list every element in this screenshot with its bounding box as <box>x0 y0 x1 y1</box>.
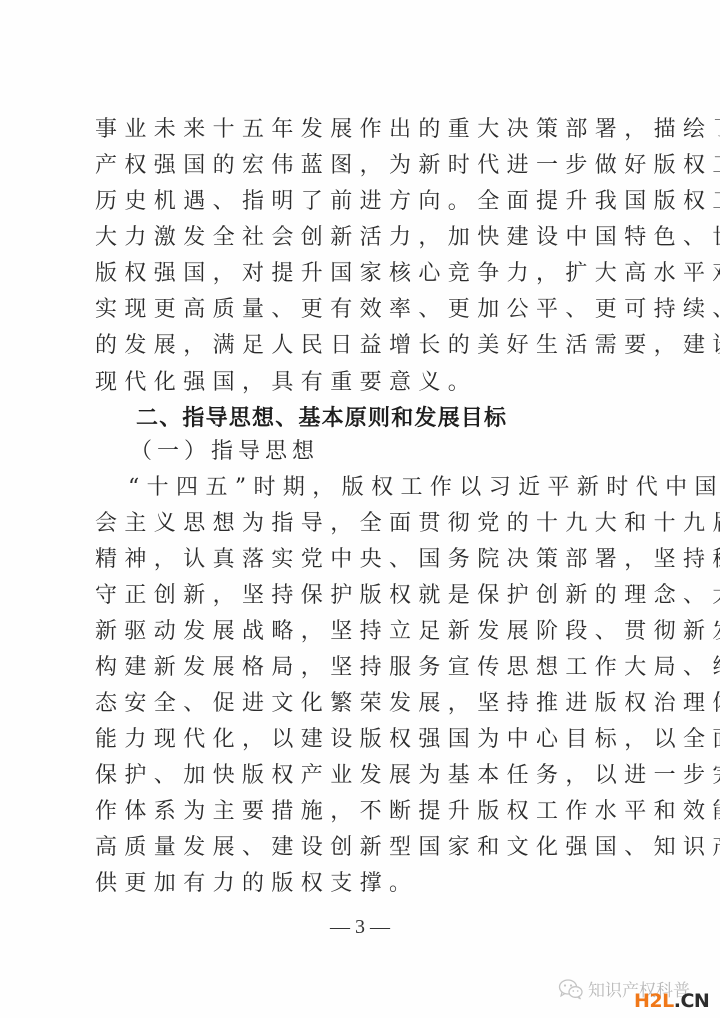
text-line: 版权强国，对提升国家核心竞争力，扩大高水平对外开放， <box>95 256 635 292</box>
text-line: 事业未来十五年发展作出的重大决策部署，描绘了建设知识 <box>95 112 635 148</box>
watermark: 知识产权科普 H2L.CN <box>556 972 720 1018</box>
section-heading: 二、指导思想、基本原则和发展目标 <box>136 401 507 437</box>
wechat-icon <box>558 978 584 1000</box>
subsection-heading: （一）指导思想 <box>130 434 319 470</box>
text-line: 新驱动发展战略，坚持立足新发展阶段、贯彻新发展理念、 <box>95 614 635 650</box>
document-page: 事业未来十五年发展作出的重大决策部署，描绘了建设知识 产权强国的宏伟蓝图，为新时… <box>0 0 720 1018</box>
text-line: 构建新发展格局，坚持服务宣传思想工作大局、维护意识形 <box>95 650 635 686</box>
text-line: 作体系为主要措施，不断提升版权工作水平和效能，为推动 <box>95 794 635 830</box>
text-line: 大力激发全社会创新活力，加快建设中国特色、世界水平的 <box>95 220 635 256</box>
text-line: 高质量发展、建设创新型国家和文化强国、知识产权强国提 <box>95 830 635 866</box>
text-line: 历史机遇、指明了前进方向。全面提升我国版权工作水平， <box>95 184 635 220</box>
text-line: 产权强国的宏伟蓝图，为新时代进一步做好版权工作提供了 <box>95 148 635 184</box>
text-line: 现代化强国，具有重要意义。 <box>95 365 635 401</box>
text-line: 态安全、促进文化繁荣发展，坚持推进版权治理体系和治理 <box>95 686 635 722</box>
brand-primary: H2L <box>634 990 674 1012</box>
brand-suffix: .CN <box>674 990 710 1012</box>
text-line: 会主义思想为指导，全面贯彻党的十九大和十九届历次全会 <box>95 506 635 542</box>
text-line: 守正创新，坚持保护版权就是保护创新的理念、大力实施创 <box>95 578 635 614</box>
watermark-brand: H2L.CN <box>634 990 709 1012</box>
text-line: 能力现代化，以建设版权强国为中心目标，以全面加强版权 <box>95 722 635 758</box>
page-number: — 3 — <box>0 912 720 942</box>
text-line: 实现更高质量、更有效率、更加公平、更可持续、更为安全 <box>95 292 635 328</box>
text-line: “十四五”时期，版权工作以习近平新时代中国特色社 <box>128 470 668 506</box>
text-line: 供更加有力的版权支撑。 <box>95 866 635 902</box>
text-line: 精神，认真落实党中央、国务院决策部署，坚持稳中求进、 <box>95 542 635 578</box>
text-line: 的发展，满足人民日益增长的美好生活需要，建设社会主义 <box>95 328 635 364</box>
text-line: 保护、加快版权产业发展为基本任务，以进一步完善版权工 <box>95 758 635 794</box>
